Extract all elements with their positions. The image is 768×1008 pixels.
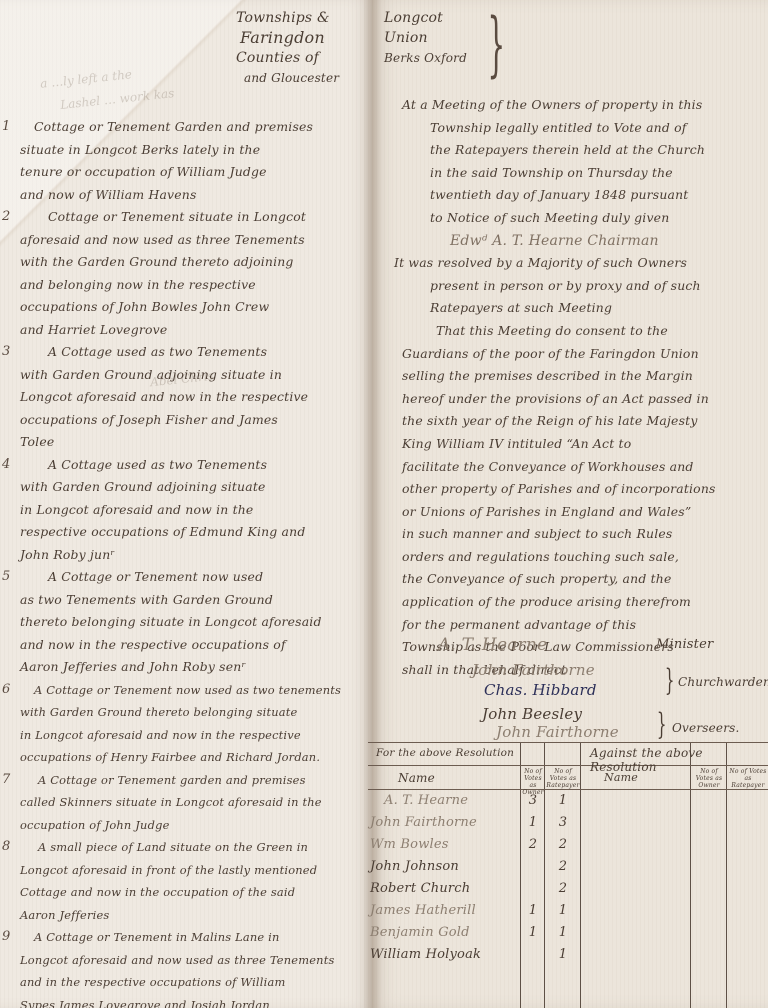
property-entries: 1 Cottage or Tenement Garden and premise… — [0, 116, 368, 1008]
entry-line: A small piece of Land situate on the Gre… — [20, 836, 368, 859]
table-row: Robert Church 2 — [368, 881, 768, 903]
entry-line: occupations of John Bowles John Crew — [20, 296, 368, 319]
entry-line: Cottage or Tenement Garden and premises — [20, 116, 368, 139]
entry-line: and belonging now in the respective — [20, 274, 368, 297]
header-left: Townships & Faringdon Counties of and Gl… — [236, 8, 376, 88]
table-row: James Hatherill 1 1 — [368, 903, 768, 925]
minister-role: Minister — [656, 637, 713, 652]
brace-icon: } — [657, 707, 667, 742]
header-line: Union — [384, 28, 484, 48]
entry-line: with Garden Ground thereto belonging sit… — [20, 701, 368, 724]
entry-line: and Harriet Lovegrove — [20, 319, 368, 342]
resolution-line: That this Meeting do consent to the — [402, 320, 764, 343]
ratepayer-votes: 1 — [548, 947, 578, 962]
voter-name: Benjamin Gold — [370, 925, 480, 940]
entry-line: in Longcot aforesaid and now in the resp… — [20, 724, 368, 747]
entry-line: A Cottage used as two Tenements — [20, 454, 368, 477]
table-row: William Holyoak 1 — [368, 947, 768, 969]
overseer-signature: John Beesley — [482, 705, 582, 723]
owner-votes: 1 — [518, 925, 548, 940]
resolution-line: the Conveyance of such property, and the — [402, 568, 764, 591]
property-entry: 7 A Cottage or Tenement garden and premi… — [0, 769, 368, 837]
entry-number: 3 — [2, 341, 10, 364]
property-entry: 8 A small piece of Land situate on the G… — [0, 836, 368, 926]
entry-line: Tolee — [20, 431, 368, 454]
entry-line: and now of William Havens — [20, 184, 368, 207]
voter-name: A. T. Hearne — [384, 793, 494, 808]
property-entry: 2 Cottage or Tenement situate in Longcot… — [0, 206, 368, 341]
entry-line: occupation of John Judge — [20, 814, 368, 837]
header-line: Counties of — [236, 48, 376, 68]
header-line: Townships & — [236, 8, 376, 28]
entry-line: respective occupations of Edmund King an… — [20, 521, 368, 544]
owner-votes: 1 — [518, 815, 548, 830]
entry-number: 6 — [2, 679, 10, 702]
ratepayer-votes: 1 — [548, 925, 578, 940]
voter-name: Robert Church — [370, 881, 480, 896]
minutes-line: Township legally entitled to Vote and of — [402, 117, 764, 140]
minutes-line: Ratepayers at such Meeting — [402, 297, 764, 320]
against-name-column-header: Name — [604, 771, 638, 784]
entry-line: with Garden Ground adjoining situate — [20, 476, 368, 499]
table-row: Wm Bowles 2 2 — [368, 837, 768, 859]
entry-line: Longcot aforesaid and now in the respect… — [20, 386, 368, 409]
resolution-line: application of the produce arising there… — [402, 591, 764, 614]
entry-line: aforesaid and now used as three Tenement… — [20, 229, 368, 252]
property-entry: 5 A Cottage or Tenement now used as two … — [0, 566, 368, 679]
brace-icon: } — [665, 663, 675, 698]
minister-signature: A. T. Hearne — [438, 635, 547, 655]
name-column-header: Name — [398, 771, 435, 785]
resolution-line: King William IV intituled “An Act to — [402, 433, 764, 456]
property-entry: 9 A Cottage or Tenement in Malins Lane i… — [0, 926, 368, 1008]
entry-number: 2 — [2, 206, 10, 229]
ratepayer-votes: 3 — [548, 815, 578, 830]
entry-number: 7 — [2, 769, 10, 792]
churchwarden-signature: John Fairthorne — [472, 661, 595, 679]
row-divider — [368, 789, 768, 790]
minutes-line: present in person or by proxy and of suc… — [402, 275, 764, 298]
entry-number: 4 — [2, 454, 10, 477]
signatures-block: A. T. Hearne Minister John Fairthorne Ch… — [400, 635, 768, 745]
voter-name: John Fairthorne — [370, 815, 480, 830]
property-entry: 6 A Cottage or Tenement now used as two … — [0, 679, 368, 769]
entry-line: situate in Longcot Berks lately in the — [20, 139, 368, 162]
header-line: Longcot — [384, 8, 484, 28]
entry-line: Cottage or Tenement situate in Longcot — [20, 206, 368, 229]
entry-line: Longcot aforesaid in front of the lastly… — [20, 859, 368, 882]
table-row: John Fairthorne 1 3 — [368, 815, 768, 837]
entry-line: in Longcot aforesaid and now in the — [20, 499, 368, 522]
entry-line: occupations of Joseph Fisher and James — [20, 409, 368, 432]
resolution-line: the sixth year of the Reign of his late … — [402, 410, 764, 433]
minutes-line: to Notice of such Meeting duly given — [402, 207, 764, 230]
entry-line: John Roby junʳ — [20, 544, 368, 567]
entry-line: as two Tenements with Garden Ground — [20, 589, 368, 612]
manuscript-spread: a …ly left a the Lashel … work kas Abel … — [0, 0, 768, 1008]
voter-name: James Hatherill — [370, 903, 480, 918]
resolution-line: selling the premises described in the Ma… — [402, 365, 764, 388]
entry-line: A Cottage or Tenement now used as two te… — [20, 679, 368, 702]
entry-line: A Cottage or Tenement in Malins Lane in — [20, 926, 368, 949]
ratepayer-votes-column-header: No of Votes as Ratepayer — [546, 768, 580, 789]
entry-line: Aaron Jefferies and John Roby senʳ — [20, 656, 368, 679]
entry-line: with the Garden Ground thereto adjoining — [20, 251, 368, 274]
entry-number: 8 — [2, 836, 10, 859]
churchwardens-role: Churchwardens — [678, 675, 768, 689]
entry-line: with Garden Ground adjoining situate in — [20, 364, 368, 387]
for-resolution-heading: For the above Resolution — [376, 747, 514, 759]
minutes-line: the Ratepayers therein held at the Churc… — [402, 139, 764, 162]
header-line: Faringdon — [236, 28, 376, 48]
against-owner-votes-column-header: No of Votes as Owner — [692, 768, 726, 789]
resolution-line: hereof under the provisions of an Act pa… — [402, 388, 764, 411]
entry-line: Sypes James Lovegrove and Josiah Jordan — [20, 994, 368, 1008]
entry-number: 1 — [2, 116, 10, 139]
resolution-line: facilitate the Conveyance of Workhouses … — [402, 456, 764, 479]
entry-line: tenure or occupation of William Judge — [20, 161, 368, 184]
owner-votes: 2 — [518, 837, 548, 852]
voter-name: Wm Bowles — [370, 837, 480, 852]
ratepayer-votes: 1 — [548, 793, 578, 808]
brace-icon: } — [487, 4, 505, 84]
entry-line: and in the respective occupations of Wil… — [20, 971, 368, 994]
entry-line: called Skinners situate in Longcot afore… — [20, 791, 368, 814]
ratepayer-votes: 2 — [548, 881, 578, 896]
overseer-signature: John Fairthorne — [496, 723, 619, 741]
resolution-line: or Unions of Parishes in England and Wal… — [402, 501, 764, 524]
header-right: Longcot Union Berks Oxford — [384, 8, 484, 68]
property-entry: 3 A Cottage used as two Tenements with G… — [0, 341, 368, 454]
resolution-line: in such manner and subject to such Rules — [402, 523, 764, 546]
entry-number: 9 — [2, 926, 10, 949]
overseers-role: Overseers. — [672, 721, 740, 735]
table-row: A. T. Hearne 3 1 — [368, 793, 768, 815]
entry-line: A Cottage or Tenement garden and premise… — [20, 769, 368, 792]
table-row: John Johnson 2 — [368, 859, 768, 881]
entry-line: Cottage and now in the occupation of the… — [20, 881, 368, 904]
owner-votes: 1 — [518, 903, 548, 918]
vote-table: For the above Resolution Against the abo… — [368, 742, 768, 1008]
voter-name: John Johnson — [370, 859, 480, 874]
against-ratepayer-votes-column-header: No of Votes as Ratepayer — [728, 768, 768, 789]
churchwarden-signature: Chas. Hibbard — [484, 681, 597, 699]
owner-votes: 3 — [518, 793, 548, 808]
minutes-line: in the said Township on Thursday the — [402, 162, 764, 185]
header-line: Berks Oxford — [384, 48, 484, 68]
entry-line: occupations of Henry Fairbee and Richard… — [20, 746, 368, 769]
property-entry: 4 A Cottage used as two Tenements with G… — [0, 454, 368, 567]
entry-line: thereto belonging situate in Longcot afo… — [20, 611, 368, 634]
entry-line: A Cottage or Tenement now used — [20, 566, 368, 589]
ratepayer-votes: 1 — [548, 903, 578, 918]
chairman-line: Edwᵈ A. T. Hearne Chairman — [402, 230, 764, 253]
minutes-line: It was resolved by a Majority of such Ow… — [394, 252, 764, 275]
resolution-line: other property of Parishes and of incorp… — [402, 478, 764, 501]
meeting-minutes: At a Meeting of the Owners of property i… — [402, 94, 764, 681]
header-line: and Gloucester — [236, 68, 376, 88]
entry-line: A Cottage used as two Tenements — [20, 341, 368, 364]
entry-line: Longcot aforesaid and now used as three … — [20, 949, 368, 972]
ratepayer-votes: 2 — [548, 859, 578, 874]
entry-line: Aaron Jefferies — [20, 904, 368, 927]
entry-number: 5 — [2, 566, 10, 589]
ratepayer-votes: 2 — [548, 837, 578, 852]
minutes-line: twentieth day of January 1848 pursuant — [402, 184, 764, 207]
property-entry: 1 Cottage or Tenement Garden and premise… — [0, 116, 368, 206]
voter-name: William Holyoak — [370, 947, 480, 962]
resolution-line: orders and regulations touching such sal… — [402, 546, 764, 569]
entry-line: and now in the respective occupations of — [20, 634, 368, 657]
resolution-line: Guardians of the poor of the Faringdon U… — [402, 343, 764, 366]
minutes-line: At a Meeting of the Owners of property i… — [402, 94, 764, 117]
resolution-line: for the permanent advantage of this — [402, 614, 764, 637]
owner-votes-column-header: No of Votes as Owner — [522, 768, 544, 796]
table-row: Benjamin Gold 1 1 — [368, 925, 768, 947]
